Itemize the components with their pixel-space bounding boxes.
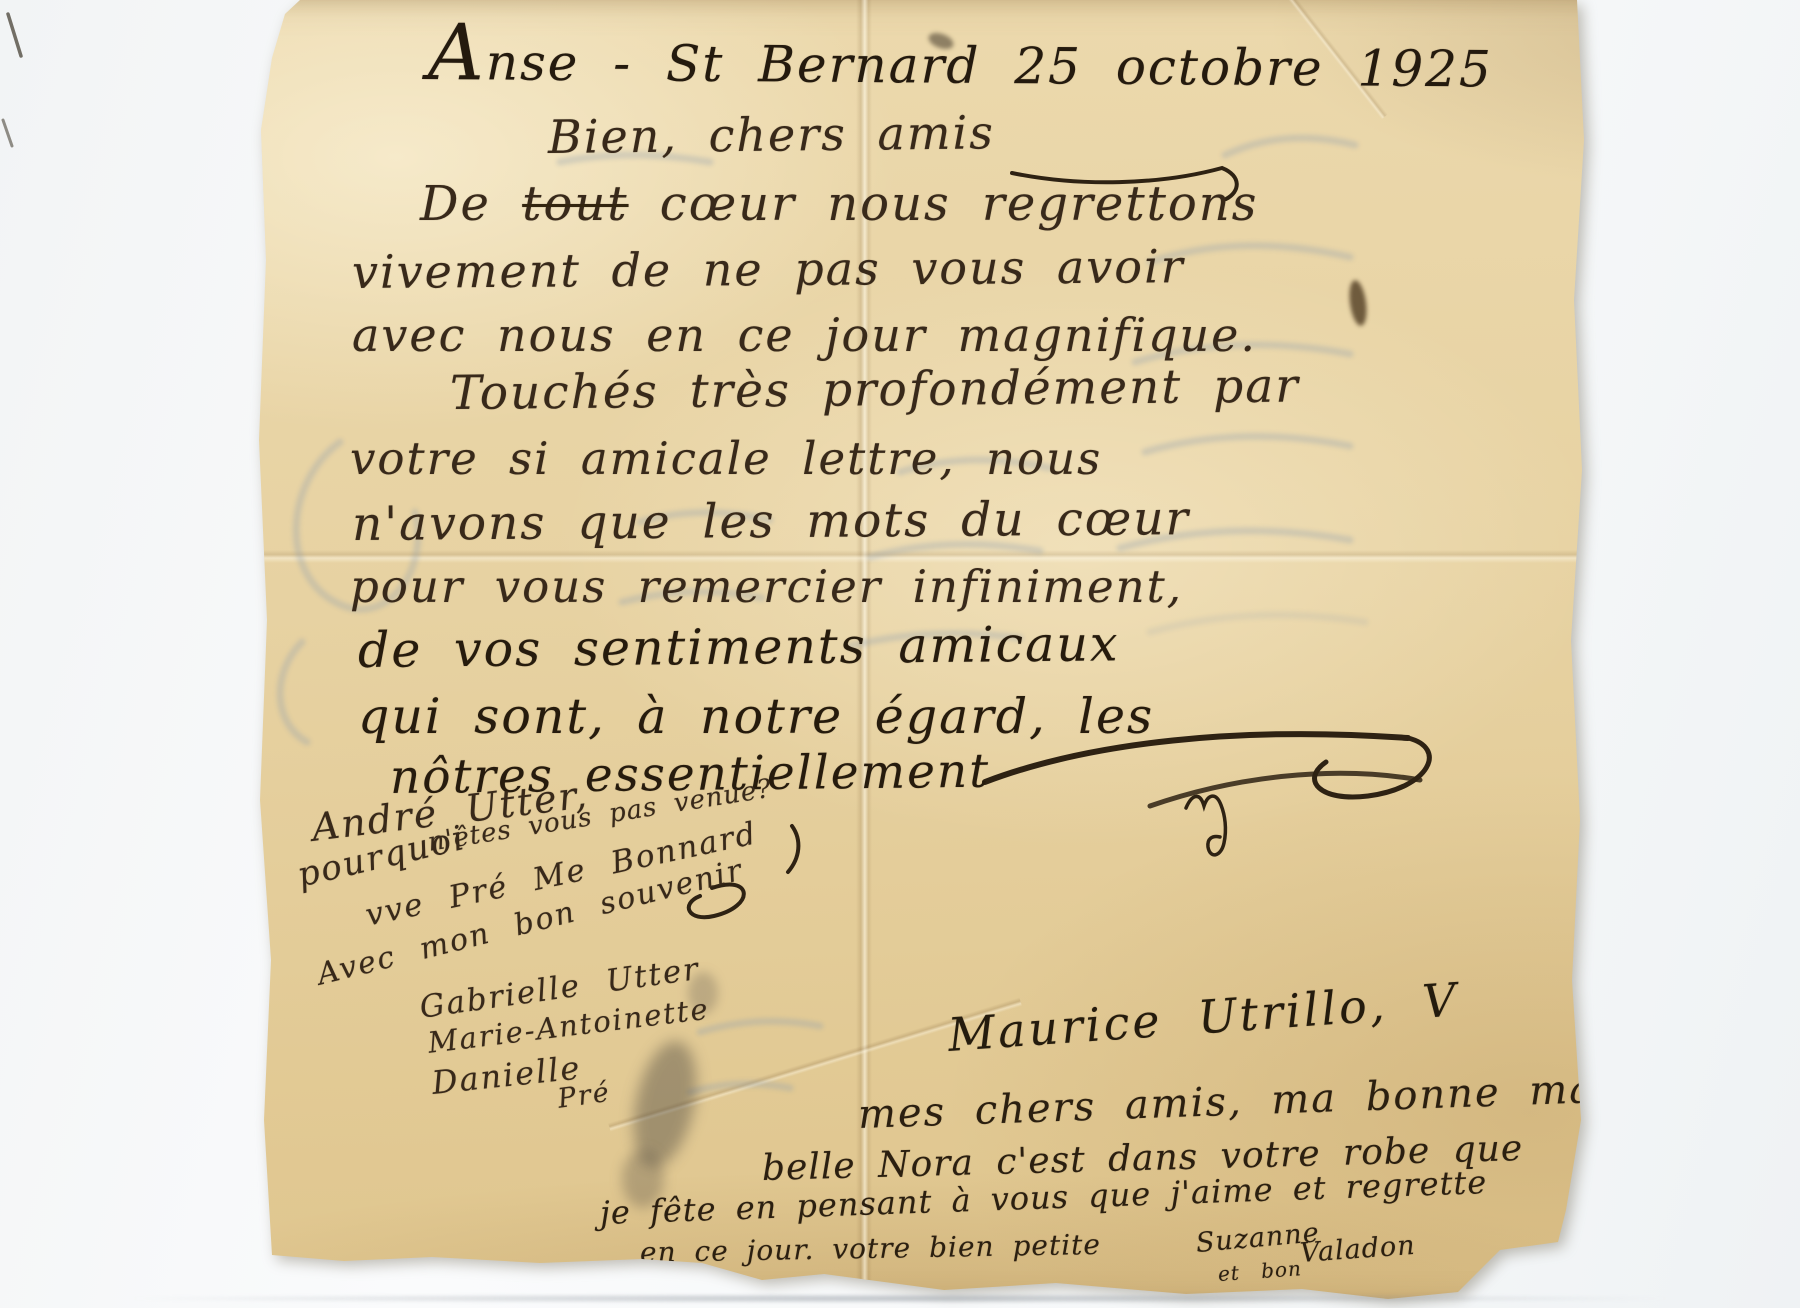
signature-maurice-utrillo: Maurice Utrillo, V [946, 972, 1461, 1062]
body-line-8: de vos sentiments amicaux [358, 615, 1120, 679]
body-line-3: avec nous en ce jour magnifique. [352, 308, 1257, 362]
body-line-1-prefix: De [420, 176, 522, 232]
body-line-7: pour vous remercier infiniment, [350, 560, 1183, 613]
struck-word: tout [522, 176, 628, 232]
body-line-4: Touchés très profondément par [450, 359, 1300, 421]
ink-smudge [623, 1035, 706, 1172]
salutation: Bien, chers amis [548, 105, 995, 164]
note-et-bon: et bon [1217, 1256, 1302, 1286]
dateline: Anse - St Bernard 25 octobre 1925 [428, 8, 1493, 105]
signature-pre: Pré [556, 1077, 613, 1115]
body-line-2: vivement de ne pas vous avoir [352, 239, 1185, 299]
body-line-5: votre si amicale lettre, nous [350, 432, 1102, 485]
letter-paper: Anse - St Bernard 25 octobre 1925 Bien, … [0, 0, 1800, 1308]
signature-valadon: Valadon [1299, 1230, 1417, 1269]
paper-shadow-wrap: Anse - St Bernard 25 octobre 1925 Bien, … [0, 0, 1800, 1308]
body-line-9: qui sont, à notre égard, les [358, 688, 1154, 745]
note-line-4: en ce jour. votre bien petite [640, 1228, 1102, 1269]
ink-smudge [1347, 279, 1369, 327]
body-line-1: De tout cœur nous regrettons [420, 176, 1258, 232]
body-line-6: n'avons que les mots du cœur [352, 491, 1190, 552]
body-line-1-suffix: cœur nous regrettons [629, 176, 1259, 232]
comma-flourish [788, 826, 798, 872]
scan-background: Anse - St Bernard 25 octobre 1925 Bien, … [0, 0, 1800, 1308]
scanner-shadow [120, 1295, 1680, 1302]
note-line-1: mes chers amis, ma bonne ma [857, 1066, 1596, 1138]
initials-scribble [1186, 796, 1225, 855]
